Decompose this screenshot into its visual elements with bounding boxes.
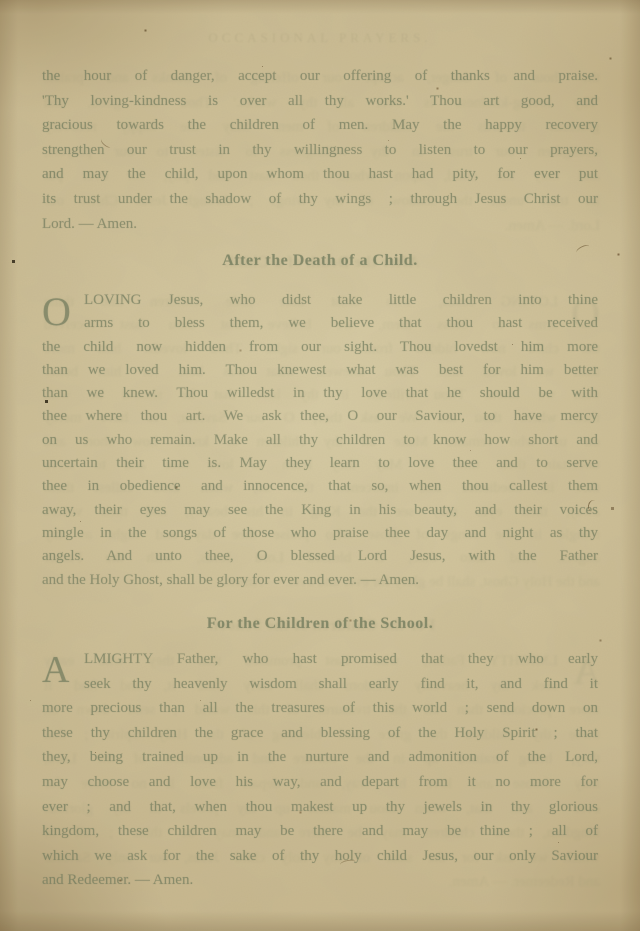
showthrough-ghost-layer: the hour of danger, accept our offering … — [44, 2, 600, 931]
paper-specks — [0, 0, 1, 1]
book-page: OCCASIONAL PRAYERS. the hour of danger, … — [0, 0, 640, 931]
